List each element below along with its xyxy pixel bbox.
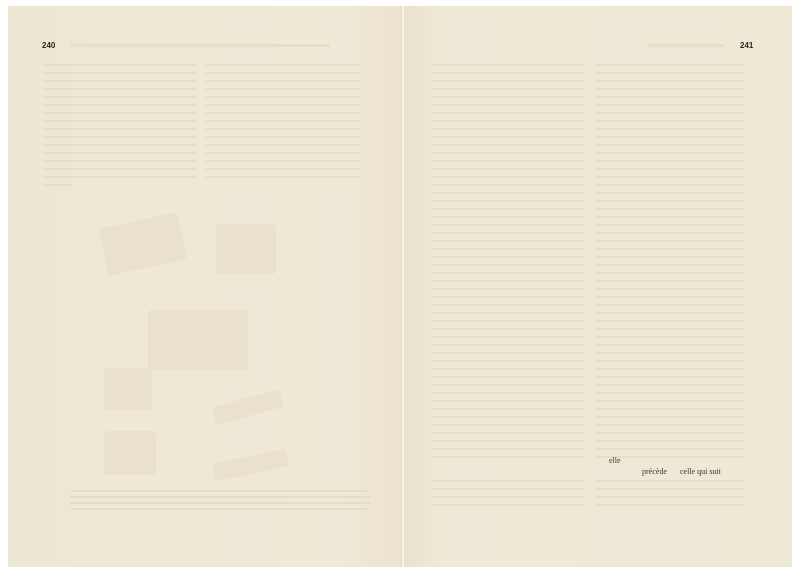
book-spread: 240: [8, 6, 792, 567]
left-page: 240: [8, 6, 403, 567]
figure-box-2: [104, 431, 156, 475]
page-number-right: 241: [740, 41, 753, 50]
figure-top-right: [216, 224, 276, 274]
word-elle: elle: [609, 456, 621, 465]
figure-box-1: [104, 368, 152, 410]
running-header-right: [648, 44, 723, 47]
figure-bar-1: [212, 389, 284, 425]
running-header-left: [70, 44, 330, 47]
page-number-left: 240: [42, 41, 55, 50]
figure-middle: [148, 310, 248, 370]
book-spine: [402, 6, 404, 567]
word-celle-qui-suit: celle qui suit: [680, 467, 721, 476]
right-page: [403, 6, 792, 567]
word-precede: précède: [642, 467, 667, 476]
figure-bar-2: [212, 448, 289, 481]
figure-top-left: [99, 212, 187, 276]
